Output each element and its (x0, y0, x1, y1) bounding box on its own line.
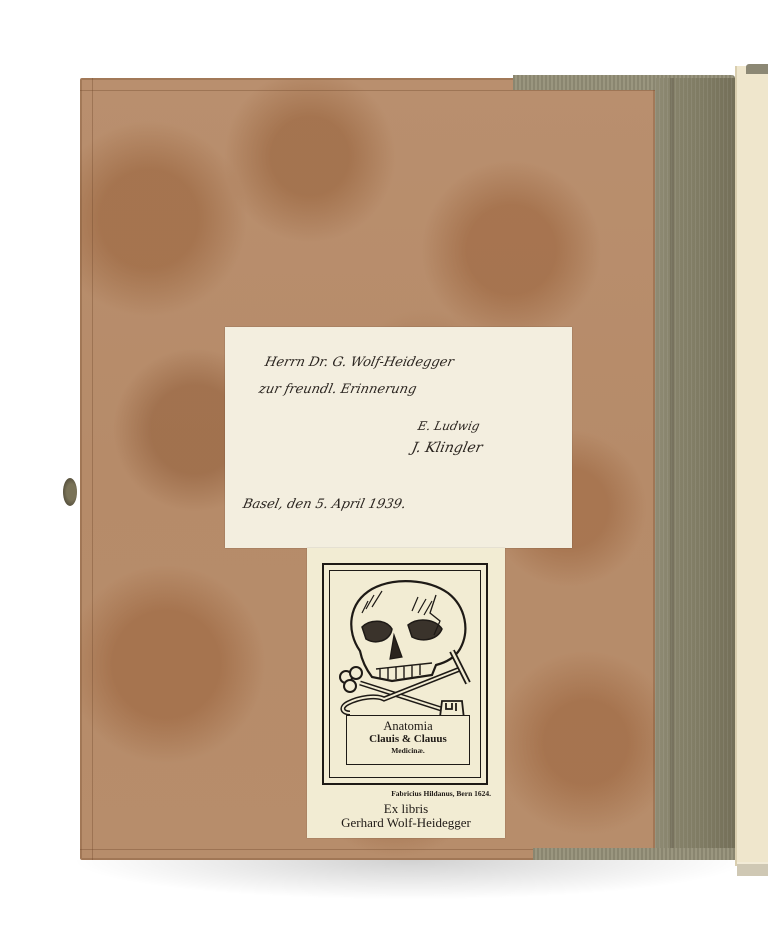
motto-line-anatomia: Anatomia (347, 719, 469, 733)
spine-hinge-groove (670, 78, 674, 860)
dedication-line-greeting: zur freundl. Erinnerung (257, 382, 418, 397)
dedication-date: Basel, den 5. April 1939. (241, 497, 407, 512)
back-board-bottom-edge (737, 862, 768, 876)
linen-bottom-band (533, 848, 735, 860)
bookplate-owner-name: Gerhard Wolf-Heidegger (307, 816, 505, 830)
page-block-edge (735, 66, 768, 866)
exlibris-label: Ex libris (307, 802, 505, 816)
woodcut-credit: Fabricius Hildanus, Bern 1624. (307, 789, 505, 798)
dedication-card: Herrn Dr. G. Wolf-Heidegger zur freundl.… (225, 327, 572, 548)
exlibris-bookplate: Anatomia Clauis & Clauus Medicinæ. Fabri… (307, 548, 505, 838)
woodcut-frame: Anatomia Clauis & Clauus Medicinæ. (322, 563, 488, 785)
clasp-knob (63, 478, 77, 506)
book-shadow (70, 860, 750, 900)
skull-crossed-keys-icon (332, 573, 478, 723)
signature-2: J. Klingler (410, 440, 484, 456)
motto-line-clauis: Clauis & Clauus (347, 733, 469, 746)
motto-banner: Anatomia Clauis & Clauus Medicinæ. (346, 715, 470, 765)
back-board-top-edge (746, 64, 768, 74)
cover-turn-in-left (80, 78, 93, 860)
signature-1: E. Ludwig (417, 419, 482, 433)
motto-line-medicinae: Medicinæ. (347, 746, 469, 756)
linen-spine (655, 78, 735, 860)
dedication-line-recipient: Herrn Dr. G. Wolf-Heidegger (263, 355, 455, 370)
